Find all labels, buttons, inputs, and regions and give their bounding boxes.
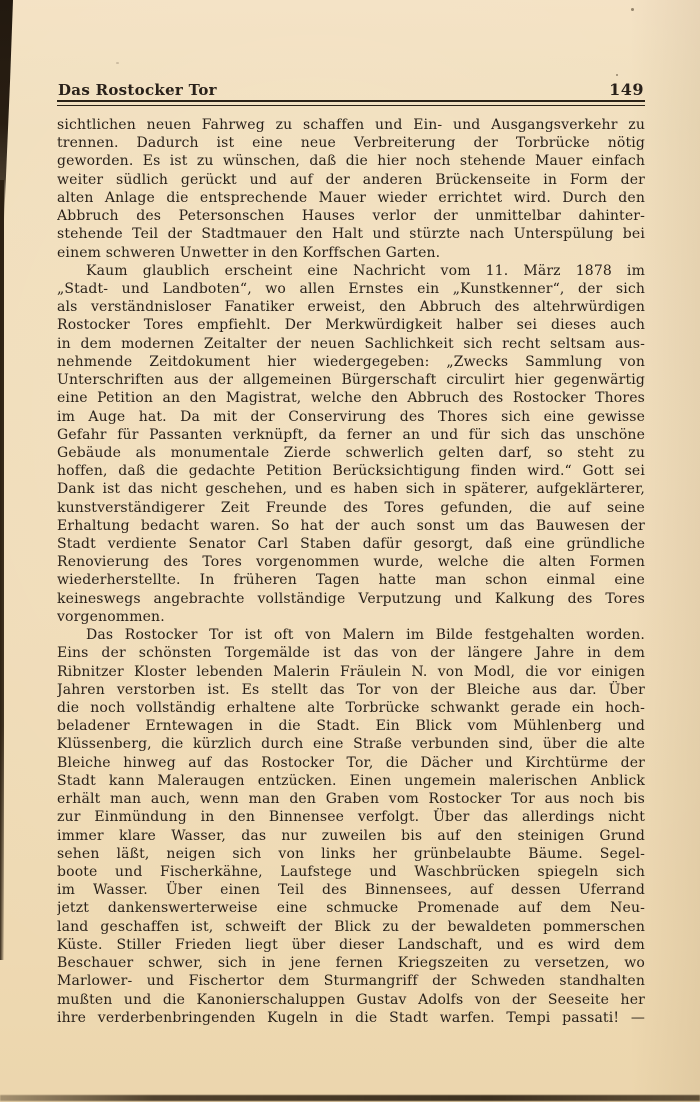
header-rule (57, 100, 645, 106)
paper-speck (631, 8, 634, 11)
text-line: land geschaffen ist, schweift der Blick … (57, 918, 645, 936)
text-line: Klüssenberg, die kürzlich durch eine Str… (57, 735, 645, 753)
text-line: Renovierung des Tores vorgenommen wurde,… (57, 553, 645, 571)
running-title: Das Rostocker Tor (58, 81, 217, 99)
text-line: jetzt dankenswerterweise eine schmucke P… (57, 899, 645, 917)
text-line: Marlower- und Fischertor dem Sturmangrif… (57, 972, 645, 990)
paper-speck (616, 74, 618, 76)
text-line: ihre verderbenbringenden Kugeln in die S… (57, 1009, 645, 1027)
text-line: kunstverständigerer Zeit Freunde des Tor… (57, 499, 645, 517)
text-line: beladener Erntewagen in die Stadt. Ein B… (57, 717, 645, 735)
text-line: einem schweren Unwetter in den Korffsche… (57, 244, 645, 262)
text-line: Ribnitzer Kloster lebenden Malerin Fräul… (57, 663, 645, 681)
page-header: Das Rostocker Tor 149 (58, 80, 644, 99)
text-line: Küste. Stiller Frieden liegt über dieser… (57, 936, 645, 954)
text-line: Stadt verdiente Senator Carl Staben dafü… (57, 535, 645, 553)
text-line: alten Anlage die entsprechende Mauer wie… (57, 189, 645, 207)
text-line: Beschauer schwer, sich in jene fernen Kr… (57, 954, 645, 972)
text-line: geworden. Es ist zu wünschen, daß die hi… (57, 152, 645, 170)
text-line: Abbruch des Petersonschen Hauses verlor … (57, 207, 645, 225)
text-line: im Wasser. Über einen Teil des Binnensee… (57, 881, 645, 899)
page-edge-bottom-shadow (0, 1095, 700, 1101)
text-line: zur Einmündung in den Binnensee verfolgt… (57, 808, 645, 826)
text-line: mußten und die Kanonierschaluppen Gustav… (57, 991, 645, 1009)
page-edge-left-line (0, 180, 4, 960)
text-line: Erhaltung bedacht waren. So hat der auch… (57, 517, 645, 535)
text-line: Stadt kann Maleraugen entzücken. Einen u… (57, 772, 645, 790)
text-line: Gebäude als monumentale Zierde schwerlic… (57, 444, 645, 462)
text-line: sichtlichen neuen Fahrweg zu schaffen un… (57, 116, 645, 134)
text-line: die noch vollständig erhaltene alte Torb… (57, 699, 645, 717)
paper-speck (116, 62, 119, 64)
text-line: „Stadt- und Landboten“, wo allen Ernstes… (57, 280, 645, 298)
text-line: nehmende Zeitdokument hier wiedergegeben… (57, 353, 645, 371)
text-line: weiter südlich gerückt und auf der ander… (57, 171, 645, 189)
text-line: boote und Fischerkähne, Laufstege und Wa… (57, 863, 645, 881)
text-line: Jahren verstorben ist. Es stellt das Tor… (57, 681, 645, 699)
body-text: sichtlichen neuen Fahrweg zu schaffen un… (57, 116, 645, 1027)
text-line: stehende Teil der Stadtmauer den Halt un… (57, 225, 645, 243)
page-number: 149 (609, 80, 644, 99)
text-line: erhält man auch, wenn man den Graben vom… (57, 790, 645, 808)
text-line: eine Petition an den Magistrat, welche d… (57, 389, 645, 407)
text-line: als verständnisloser Fanatiker erweist, … (57, 298, 645, 316)
text-line: wiederherstellte. In früheren Tagen hatt… (57, 571, 645, 589)
text-line: Rostocker Tores empfiehlt. Der Merkwürdi… (57, 316, 645, 334)
text-line: Kaum glaublich erscheint eine Nachricht … (57, 262, 645, 280)
text-line: vorgenommen. (57, 608, 645, 626)
text-line: im Auge hat. Da mit der Conservirung des… (57, 408, 645, 426)
text-line: Bleiche hinweg auf das Rostocker Tor, di… (57, 754, 645, 772)
text-line: Dank ist das nicht geschehen, und es hab… (57, 480, 645, 498)
text-line: hoffen, daß die gedachte Petition Berück… (57, 462, 645, 480)
text-line: sehen läßt, neigen sich von links her gr… (57, 845, 645, 863)
text-line: keineswegs angebrachte vollständige Verp… (57, 590, 645, 608)
text-line: Eins der schönsten Torgemälde ist das vo… (57, 644, 645, 662)
text-line: Unterschriften aus der allgemeinen Bürge… (57, 371, 645, 389)
book-page: Das Rostocker Tor 149 sichtlichen neuen … (0, 0, 700, 1102)
text-line: Das Rostocker Tor ist oft von Malern im … (57, 626, 645, 644)
text-line: immer klare Wasser, das nur zuweilen bis… (57, 827, 645, 845)
text-line: in dem modernen Zeitalter der neuen Sach… (57, 335, 645, 353)
text-line: trennen. Dadurch ist eine neue Verbreite… (57, 134, 645, 152)
text-line: Gefahr für Passanten verknüpft, da ferne… (57, 426, 645, 444)
